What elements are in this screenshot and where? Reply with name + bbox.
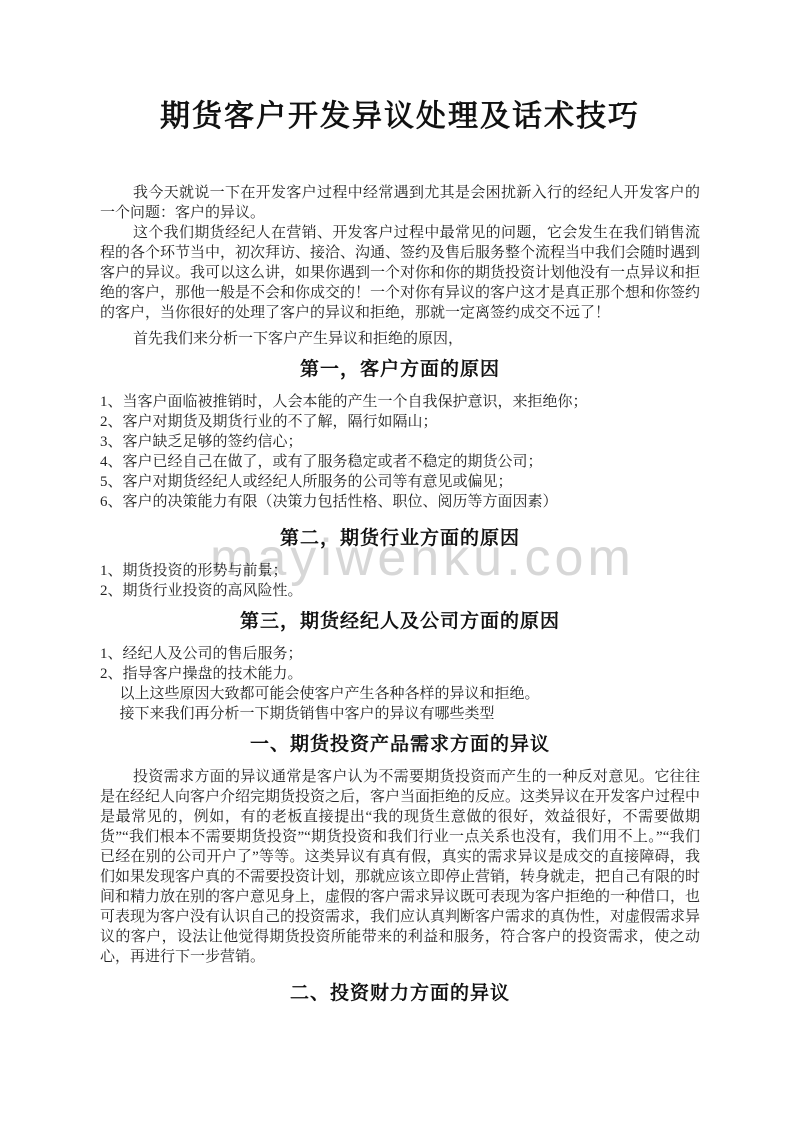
list-item: 1、经纪人及公司的售后服务； xyxy=(100,644,700,664)
document-content: 期货客户开发异议处理及话术技巧 我今天就说一下在开发客户过程中经常遇到尤其是会困… xyxy=(0,97,800,1006)
list-item: 4、客户已经自己在做了，或有了服务稳定或者不稳定的期货公司； xyxy=(100,452,700,472)
paragraph-summary: 以上这些原因大致都可能会使客户产生各种各样的异议和拒绝。 xyxy=(100,684,700,704)
heading-second-industry-causes: 第二，期货行业方面的原因 xyxy=(100,527,700,551)
paragraph-common-problem: 这个我们期货经纪人在营销、开发客户过程中最常见的问题，它会发生在我们销售流程的各… xyxy=(100,223,700,323)
paragraph-transition: 接下来我们再分析一下期货销售中客户的异议有哪些类型 xyxy=(100,704,700,724)
industry-causes-list: 1、期货投资的形势与前景； 2、期货行业投资的高风险性。 xyxy=(100,561,700,601)
heading-objection-type-finance: 二、投资财力方面的异议 xyxy=(100,982,700,1006)
paragraph-demand-objection: 投资需求方面的异议通常是客户认为不需要期货投资而产生的一种反对意见。它往往是在经… xyxy=(100,767,700,967)
list-item: 1、期货投资的形势与前景； xyxy=(100,561,700,581)
paragraph-lead-causes: 首先我们来分析一下客户产生异议和拒绝的原因， xyxy=(100,329,700,349)
document-title: 期货客户开发异议处理及话术技巧 xyxy=(100,97,700,137)
document-page: mayiwenku.com 期货客户开发异议处理及话术技巧 我今天就说一下在开发… xyxy=(0,0,800,1132)
heading-objection-type-demand: 一、期货投资产品需求方面的异议 xyxy=(100,733,700,757)
list-item: 2、指导客户操盘的技术能力。 xyxy=(100,664,700,684)
client-causes-list: 1、当客户面临被推销时，人会本能的产生一个自我保护意识，来拒绝你； 2、客户对期… xyxy=(100,392,700,512)
list-item: 2、客户对期货及期货行业的不了解，隔行如隔山； xyxy=(100,412,700,432)
broker-causes-list: 1、经纪人及公司的售后服务； 2、指导客户操盘的技术能力。 xyxy=(100,644,700,684)
list-item: 6、客户的决策能力有限（决策力包括性格、职位、阅历等方面因素） xyxy=(100,492,700,512)
paragraph-intro: 我今天就说一下在开发客户过程中经常遇到尤其是会困扰新入行的经纪人开发客户的一个问… xyxy=(100,183,700,223)
heading-third-broker-causes: 第三，期货经纪人及公司方面的原因 xyxy=(100,610,700,634)
list-item: 2、期货行业投资的高风险性。 xyxy=(100,581,700,601)
list-item: 5、客户对期货经纪人或经纪人所服务的公司等有意见或偏见； xyxy=(100,472,700,492)
list-item: 1、当客户面临被推销时，人会本能的产生一个自我保护意识，来拒绝你； xyxy=(100,392,700,412)
heading-first-client-causes: 第一，客户方面的原因 xyxy=(100,358,700,382)
list-item: 3、客户缺乏足够的签约信心； xyxy=(100,432,700,452)
